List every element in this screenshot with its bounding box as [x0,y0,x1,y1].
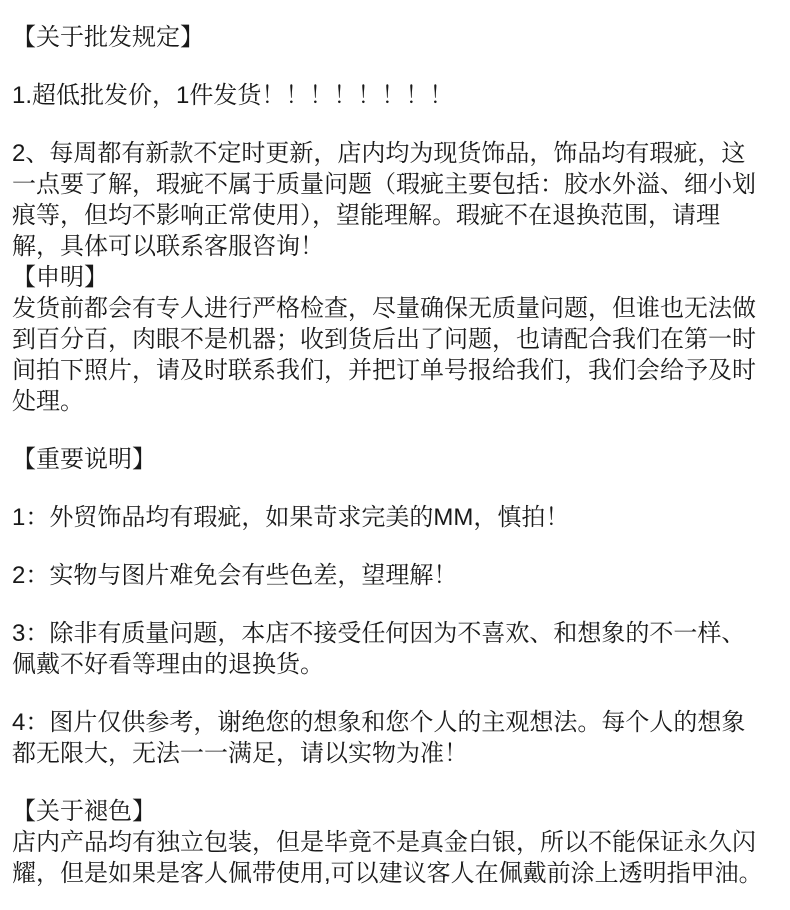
product-notice-document: 【关于批发规定】 1.超低批发价，1件发货！！！！！！！！ 2、每周都有新款不定… [0,0,790,910]
section-heading-important-notes: 【重要说明】 [12,444,776,475]
paragraph-note-3-no-returns: 3：除非有质量问题，本店不接受任何因为不喜欢、和想象的不一样、 佩戴不好看等理由… [12,618,776,680]
paragraph-weekly-new-flaws: 2、每周都有新款不定时更新，店内均为现货饰品，饰品均有瑕疵，这 一点要了解，瑕疵… [12,138,776,262]
paragraph-note-1-flaws: 1：外贸饰品均有瑕疵，如果苛求完美的MM，慎拍！ [12,502,776,533]
paragraph-fading-advice: 店内产品均有独立包装，但是毕竟不是真金白银，所以不能保证永久闪 耀，但是如果是客… [12,827,776,889]
paragraph-note-2-color-difference: 2：实物与图片难免会有些色差，望理解！ [12,560,776,591]
paragraph-low-price: 1.超低批发价，1件发货！！！！！！！！ [12,80,776,111]
section-heading-fading: 【关于褪色】 [12,796,776,827]
paragraph-note-4-image-reference: 4：图片仅供参考，谢绝您的想象和您个人的主观想法。每个人的想象 都无限大，无法一… [12,707,776,769]
paragraph-inspection-process: 发货前都会有专人进行严格检查，尽量确保无质量问题，但谁也无法做 到百分百，肉眼不… [12,293,776,417]
section-heading-statement: 【申明】 [12,262,776,293]
section-heading-wholesale-rules: 【关于批发规定】 [12,22,776,53]
